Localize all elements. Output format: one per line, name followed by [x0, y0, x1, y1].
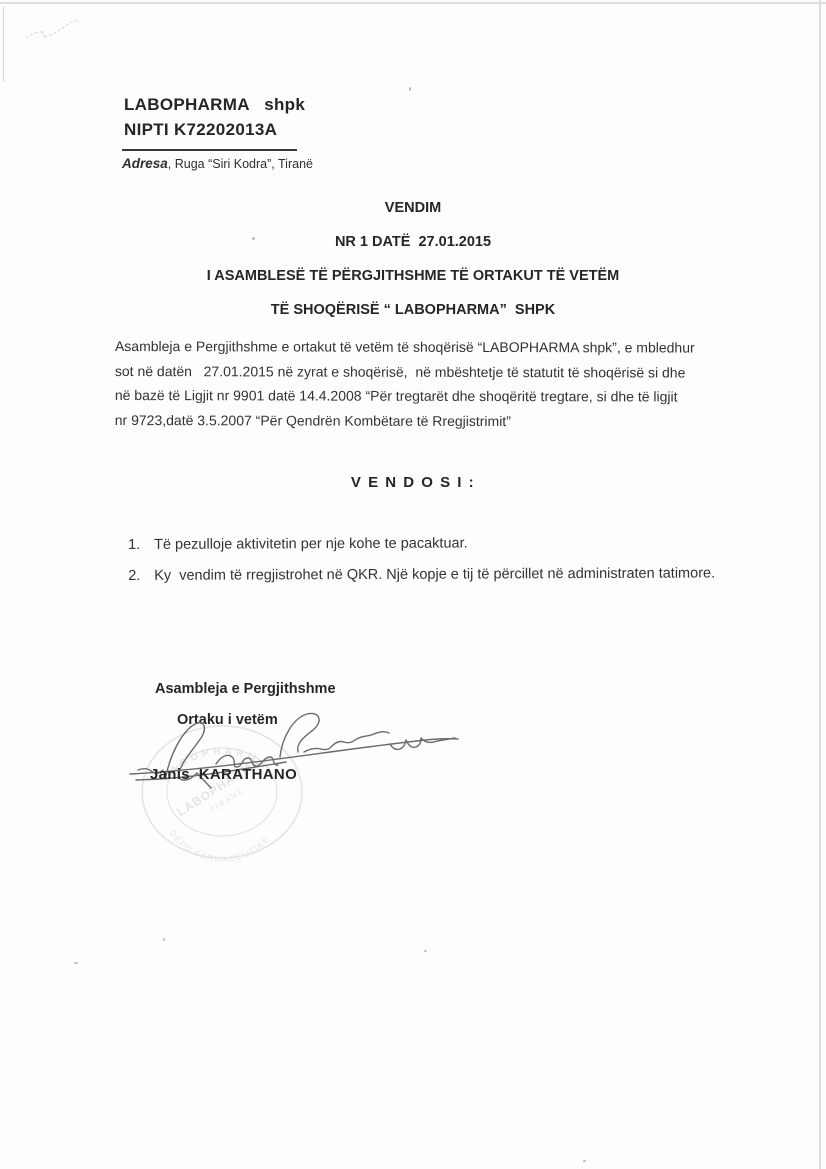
svg-text:DEPO FARMACEUTIKE: DEPO FARMACEUTIKE — [168, 828, 272, 864]
address-divider — [122, 149, 297, 151]
address-text: , Ruga “Siri Kodra”, Tiranë — [168, 157, 313, 171]
scan-speck — [583, 1160, 586, 1162]
paragraph-line: Asambleja e Pergjithshme e ortakut të ve… — [115, 334, 755, 360]
scan-left-edge-mark — [3, 6, 4, 82]
assembly-label: Asambleja e Pergjithshme — [155, 681, 336, 697]
title-block: VENDIM NR 1 DATË 27.01.2015 I ASAMBLESË … — [113, 201, 713, 337]
list-item: 1. Të pezulloje aktivitetin per nje kohe… — [128, 527, 728, 561]
vendosi-heading: V E N D O S I : — [113, 474, 713, 491]
paragraph-line: nr 9723,datë 3.5.2007 “Për Qendrën Kombë… — [115, 408, 755, 434]
list-item-text: Të pezulloje aktivitetin per nje kohe te… — [154, 527, 728, 561]
company-nipt: NIPTI K72202013A — [124, 117, 305, 142]
scan-top-edge-line — [0, 2, 826, 4]
decision-assembly-line: I ASAMBLESË TË PËRGJITHSHME TË ORTAKUT T… — [113, 269, 713, 284]
address-label: Adresa — [122, 156, 168, 171]
body-paragraph: Asambleja e Pergjithshme e ortakut të ve… — [115, 334, 755, 434]
list-item-number: 1. — [128, 530, 154, 561]
signatory-name: Janis KARATHANO — [150, 766, 297, 783]
stamp-bottom-arc-text: DEPO FARMACEUTIKE — [168, 828, 272, 864]
list-item: 2. Ky vendim të rregjistrohet në QKR. Nj… — [128, 558, 728, 592]
scan-speck — [74, 962, 78, 964]
scan-speck — [163, 938, 165, 941]
list-item-text: Ky vendim të rregjistrohet në QKR. Një k… — [154, 558, 728, 592]
company-header: LABOPHARMA shpk NIPTI K72202013A — [124, 92, 305, 142]
paragraph-line: në bazë të Ligjit nr 9901 datë 14.4.2008… — [115, 383, 755, 409]
decision-title: VENDIM — [113, 201, 713, 216]
company-name: LABOPHARMA shpk — [124, 92, 305, 117]
pencil-smudge — [22, 12, 92, 52]
decision-number-date: NR 1 DATË 27.01.2015 — [113, 235, 713, 250]
document-page: LABOPHARMA shpk NIPTI K72202013A Adresa,… — [0, 0, 826, 1169]
decision-company-line: TË SHOQËRISË “ LABOPHARMA” SHPK — [113, 303, 713, 318]
address-line: Adresa, Ruga “Siri Kodra”, Tiranë — [122, 156, 313, 171]
scan-speck — [409, 87, 411, 91]
scan-right-edge-line — [819, 0, 821, 1169]
paragraph-line: sot në datën 27.01.2015 në zyrat e shoqë… — [115, 359, 755, 385]
list-item-number: 2. — [128, 561, 154, 592]
decision-list: 1. Të pezulloje aktivitetin per nje kohe… — [128, 527, 728, 592]
scan-speck — [424, 950, 427, 952]
